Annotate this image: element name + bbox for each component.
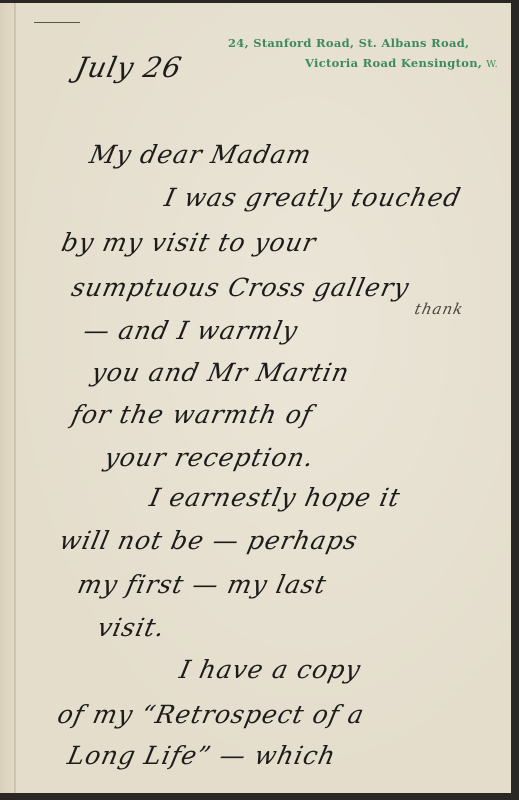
body-line: for the warmth of [69,400,316,429]
body-line: my first — my last [75,570,329,599]
body-insertion: thank [413,300,465,318]
gutter-fold-line [15,3,16,793]
body-line: you and Mr Martin [89,358,352,387]
body-line: I was greatly touched [162,183,464,212]
salutation: My dear Madam [87,140,315,169]
body-line: by my visit to your [59,228,319,257]
letter-page: 24, Stanford Road, St. Albans Road, Vict… [0,3,511,793]
body-line: I have a copy [177,655,364,684]
letterhead-address: Victoria Road Kensington, [305,56,482,70]
body-line: your reception. [102,443,317,472]
body-line: I earnestly hope it [147,483,403,512]
body-line: sumptuous Cross gallery [69,273,412,302]
letterhead-line-2: Victoria Road Kensington,W. [305,56,498,70]
letterhead-line-1: 24, Stanford Road, St. Albans Road, [228,36,469,50]
body-line: will not be — perhaps [57,526,361,555]
pencil-mark [34,22,80,23]
body-line: visit. [95,613,168,642]
body-line: Long Life” — which [65,741,339,770]
letterhead-postal-district: W. [486,59,498,70]
page-gutter [0,3,15,793]
body-line: — and I warmly [81,316,301,345]
letter-date: July 26 [72,51,185,84]
body-line: of my “Retrospect of a [55,700,367,729]
